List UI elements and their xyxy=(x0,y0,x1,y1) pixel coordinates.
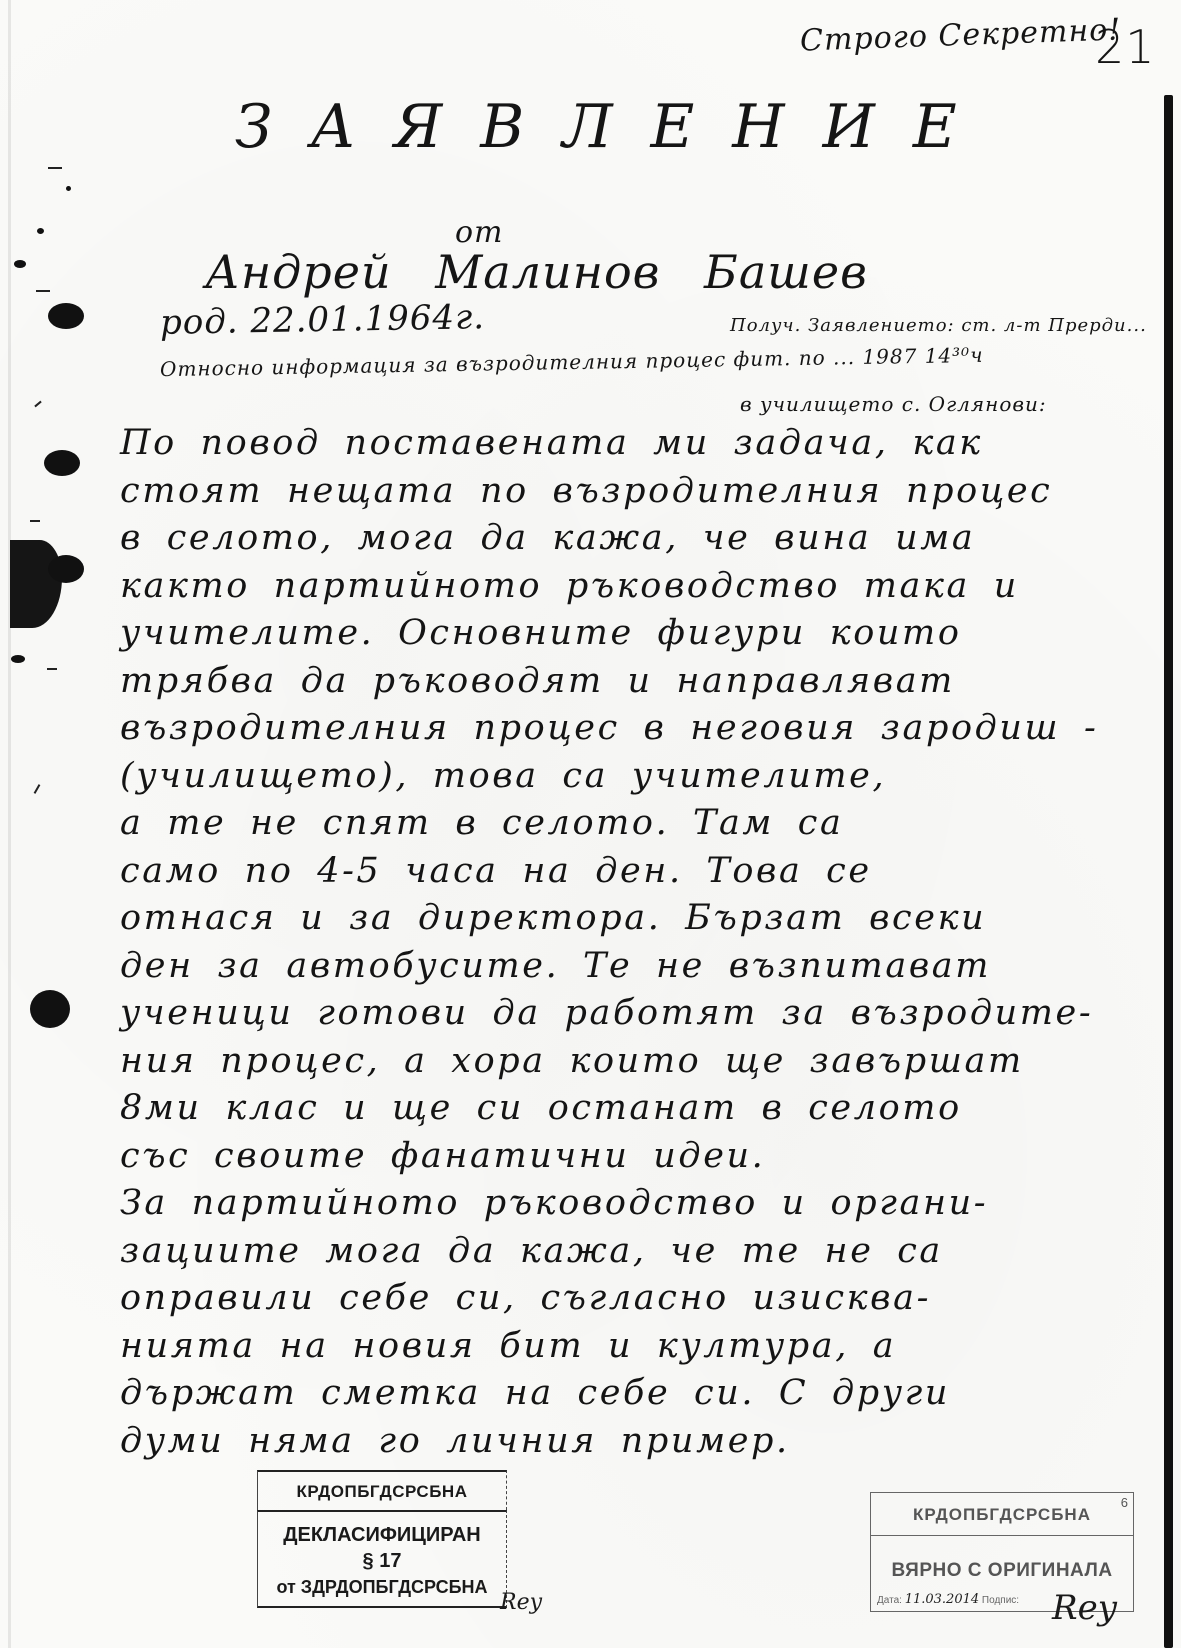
margin-mark xyxy=(36,290,50,292)
document-title: ЗАЯВЛЕНИЕ xyxy=(235,92,995,162)
body-line: както партийното ръководство така и xyxy=(120,563,1110,611)
body-line: държат сметка на себе си. С други xyxy=(120,1370,1110,1418)
date-value: 11.03.2014 xyxy=(905,1592,979,1607)
stamp-body: ДЕКЛАСИФИЦИРАН § 17 от ЗДРДОПБГДСРСБНА xyxy=(257,1510,507,1608)
punch-hole xyxy=(48,303,84,329)
margin-dot xyxy=(11,655,25,663)
punch-hole xyxy=(44,450,80,476)
body-line: По повод поставената ми задача, как xyxy=(120,420,1110,468)
margin-mark xyxy=(30,520,40,522)
scan-left-edge xyxy=(8,0,11,1648)
body-line: нията на новия бит и култура, а xyxy=(120,1323,1110,1371)
body-line: със своите фанатични идеи. xyxy=(120,1133,1110,1181)
page-number: 21 xyxy=(1095,20,1156,74)
stamp-header-text: КРДОПБГДСРСБНА xyxy=(913,1505,1091,1524)
birth-date: род. 22.01.1964г. xyxy=(160,297,486,343)
stamp-section: § 17 xyxy=(258,1548,506,1574)
margin-dot xyxy=(14,260,26,268)
stamp-header: КРДОПБГДСРСБНА 6 xyxy=(871,1493,1133,1536)
margin-mark xyxy=(34,401,41,408)
scan-right-edge xyxy=(1164,95,1173,1648)
body-line: ден за автобусите. Те не възпитават xyxy=(120,943,1110,991)
stamp-status: ДЕКЛАСИФИЦИРАН xyxy=(258,1522,506,1548)
stamp-law-ref: от ЗДРДОПБГДСРСБНА xyxy=(258,1574,506,1600)
punch-hole xyxy=(30,990,70,1028)
scanned-document-page: Строго Секретно! 21 ЗАЯВЛЕНИЕ от Андрей … xyxy=(0,0,1181,1648)
body-line: зациите мога да кажа, че те не са xyxy=(120,1228,1110,1276)
handwritten-body: По повод поставената ми задача, как стоя… xyxy=(120,420,1110,1465)
certified-signature: Rey xyxy=(1052,1588,1117,1628)
received-note: Получ. Заявлението: ст. л-т Прерди... xyxy=(730,315,1147,336)
binding-blot xyxy=(10,540,62,628)
body-line: ученици готови да работят за възродите- xyxy=(120,990,1110,1038)
body-line: стоят нещата по възродителния процес xyxy=(120,468,1110,516)
margin-dot xyxy=(37,228,44,234)
stamp-number: 6 xyxy=(1121,1495,1129,1510)
body-line: ния процес, а хора които ще завършат xyxy=(120,1038,1110,1086)
body-line: (училището), това са учителите, xyxy=(120,753,1110,801)
body-line: отнася и за директора. Бързат всеки xyxy=(120,895,1110,943)
body-line: възродителния процес в неговия зародиш - xyxy=(120,705,1110,753)
body-line: в селото, мога да кажа, че вина има xyxy=(120,515,1110,563)
author-name: Андрей Малинов Башев xyxy=(205,245,868,299)
body-line: трябва да ръководят и направляват xyxy=(120,658,1110,706)
subject-line: Относно информация за възродителния проц… xyxy=(160,343,984,381)
declassified-signature: Rey xyxy=(500,1590,542,1615)
margin-dot xyxy=(66,186,71,191)
margin-mark xyxy=(48,167,62,169)
signature-label: Подпис: xyxy=(982,1595,1019,1606)
body-line: думи няма го личния пример. xyxy=(120,1418,1110,1466)
body-line: учителите. Основните фигури които xyxy=(120,610,1110,658)
body-line: само по 4-5 часа на ден. Това се xyxy=(120,848,1110,896)
body-line: оправили себе си, съгласно изисква- xyxy=(120,1275,1110,1323)
body-line: а те не спят в селото. Там са xyxy=(120,800,1110,848)
subject-location: в училището с. Оглянови: xyxy=(740,392,1047,416)
body-line: 8ми клас и ще си останат в селото xyxy=(120,1085,1110,1133)
punch-hole xyxy=(48,555,84,583)
margin-mark xyxy=(34,784,41,794)
declassified-stamp: КРДОПБГДСРСБНА ДЕКЛАСИФИЦИРАН § 17 от ЗД… xyxy=(257,1470,507,1608)
classification-note: Строго Секретно! xyxy=(799,12,1121,58)
margin-mark xyxy=(47,668,57,670)
body-line: За партийното ръководство и органи- xyxy=(120,1180,1110,1228)
stamp-status: ВЯРНО С ОРИГИНАЛА xyxy=(871,1536,1133,1588)
stamp-header: КРДОПБГДСРСБНА xyxy=(257,1470,507,1510)
date-label: Дата: xyxy=(877,1595,902,1606)
